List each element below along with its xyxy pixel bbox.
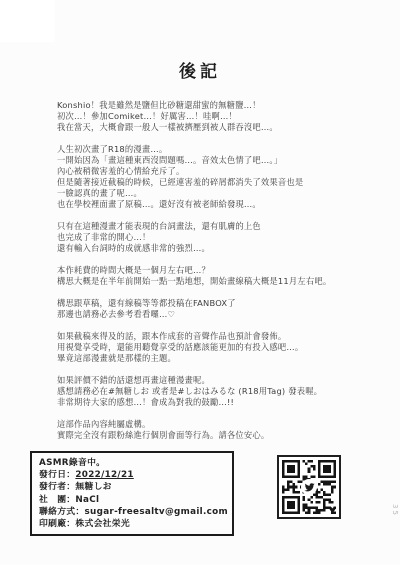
paragraph: 這部作品內容純屬虛構。實際完全沒有跟粉絲進行個別會面等行為。請各位安心。 xyxy=(57,419,357,441)
scan-artifact xyxy=(0,0,55,42)
twitter-bird-icon xyxy=(301,479,317,495)
paragraph: 人生初次畫了R18的漫畫…。一開始因為「畫這種東西沒問題嗎…。音效太色情了吧…。… xyxy=(57,144,357,210)
colophon-line: 社 團：NaCl xyxy=(39,494,225,506)
colophon-line: 印刷廠：株式会社栄光 xyxy=(39,518,225,530)
paragraph: Konshio！我是雖然是鹽但比砂糖還甜蜜的無糖鹽…！初次…！參加Comiket… xyxy=(57,100,357,133)
paragraph: 如果截稿來得及的話，跟本作成套的音聲作品也預計會發佈。用視覺享受時，還能用聽覺享… xyxy=(57,331,357,364)
colophon-line: 聯絡方式：sugar-freesaltv@gmail.com xyxy=(39,506,225,518)
paragraph: 如果評價不錯的話還想再畫這種漫畫呢。感想請務必在#無糖しお 或者是#しおはみるな… xyxy=(57,375,357,408)
colophon-line: 發行日：2022/12/21 xyxy=(39,469,225,481)
paragraph: 構思跟草稿，還有線稿等等都投稿在FANBOX了那邊也請務必去參考看看囉…♡ xyxy=(57,298,357,320)
afterword-body: Konshio！我是雖然是鹽但比砂糖還甜蜜的無糖鹽…！初次…！參加Comiket… xyxy=(57,100,357,452)
colophon-line: 發行者：無糖しお xyxy=(39,481,225,493)
page-title: 後記 xyxy=(0,57,400,82)
page-number: 35 xyxy=(391,504,399,517)
paragraph: 只有在這種漫畫才能表現的台詞畫法，還有肌膚的上色也完成了非常的開心…！還有輸入台… xyxy=(57,221,357,254)
afterword-page: 後記 Konshio！我是雖然是鹽但比砂糖還甜蜜的無糖鹽…！初次…！參加Comi… xyxy=(0,0,400,565)
colophon-box: ASMR錄音中。發行日：2022/12/21發行者：無糖しお社 團：NaCl聯絡… xyxy=(30,451,234,536)
paragraph: 本作耗費的時間大概是一個月左右吧…？構思大概是在半年前開始一點一點地想，開始畫線… xyxy=(57,265,357,287)
twitter-qr-code: ♥ xyxy=(277,455,341,519)
colophon-line: ASMR錄音中。 xyxy=(39,457,225,469)
heart-icon: ♥ xyxy=(329,507,336,515)
